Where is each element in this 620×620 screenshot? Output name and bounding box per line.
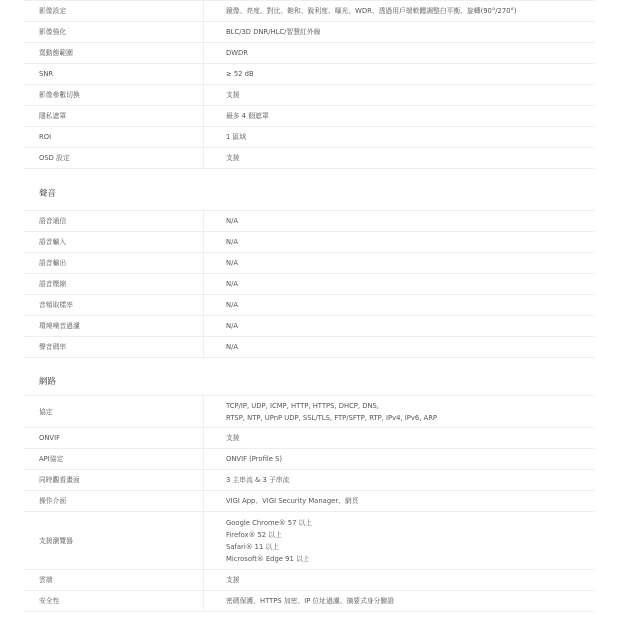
table-row: 影像設定 鏡像、亮度、對比、飽和、銳利度、曝光、WDR、透過用戶端軟體調整白平衡… (24, 1, 595, 22)
spec-table-audio: 語音通信 N/A 語音輸入 N/A 語音輸出 N/A 語音壓縮 N/A 音頻取樣… (24, 210, 595, 358)
spec-value: N/A (204, 316, 596, 337)
spec-value: 最多 4 個遮罩 (204, 106, 596, 127)
table-row: OSD 設定 支援 (24, 148, 595, 169)
spec-value: TCP/IP, UDP, ICMP, HTTP, HTTPS, DHCP, DN… (204, 396, 596, 428)
table-row: API協定 ONVIF (Profile S) (24, 449, 595, 470)
spec-label: 聲音碼率 (24, 337, 204, 358)
spec-value: N/A (204, 337, 596, 358)
spec-label: 協定 (24, 396, 204, 428)
spec-label: OSD 設定 (24, 148, 204, 169)
table-row: 協定 TCP/IP, UDP, ICMP, HTTP, HTTPS, DHCP,… (24, 396, 595, 428)
table-row: 語音輸出 N/A (24, 253, 595, 274)
spec-value: N/A (204, 253, 596, 274)
table-row: 雲端 支援 (24, 570, 595, 591)
table-row: 支援瀏覽器 Google Chrome® 57 以上 Firefox® 52 以… (24, 512, 595, 570)
table-row: 語音通信 N/A (24, 211, 595, 232)
spec-label: SNR (24, 64, 204, 85)
spec-value: N/A (204, 211, 596, 232)
spec-label: API協定 (24, 449, 204, 470)
spec-value-line: Google Chrome® 57 以上 (226, 517, 595, 529)
table-row: 環境噪音過濾 N/A (24, 316, 595, 337)
spec-value: DWDR (204, 43, 596, 64)
spec-value: N/A (204, 232, 596, 253)
spec-label: 影像強化 (24, 22, 204, 43)
table-row: 影像參數切換 支援 (24, 85, 595, 106)
table-row: 隱私遮罩 最多 4 個遮罩 (24, 106, 595, 127)
spec-value-line: TCP/IP, UDP, ICMP, HTTP, HTTPS, DHCP, DN… (226, 400, 595, 412)
spec-label: 操作介面 (24, 491, 204, 512)
spec-value: 3 主串流 & 3 子串流 (204, 470, 596, 491)
spec-value-line: Firefox® 52 以上 (226, 529, 595, 541)
spec-label: ROI (24, 127, 204, 148)
table-row: 語音壓縮 N/A (24, 274, 595, 295)
spec-label: 影像參數切換 (24, 85, 204, 106)
table-row: ROI 1 區域 (24, 127, 595, 148)
spec-value-line: RTSP, NTP, UPnP UDP, SSL/TLS, FTP/SFTP, … (226, 412, 595, 424)
spec-table-network: 協定 TCP/IP, UDP, ICMP, HTTP, HTTPS, DHCP,… (24, 395, 595, 612)
spec-label: 語音壓縮 (24, 274, 204, 295)
table-row: 語音輸入 N/A (24, 232, 595, 253)
spec-label: 支援瀏覽器 (24, 512, 204, 570)
spec-value: 1 區域 (204, 127, 596, 148)
table-row: SNR ≥ 52 dB (24, 64, 595, 85)
spec-value: 密碼保護、HTTPS 加密、IP 位址過濾、摘要式身分驗證 (204, 591, 596, 612)
spec-value: 鏡像、亮度、對比、飽和、銳利度、曝光、WDR、透過用戶端軟體調整白平衡、旋轉(9… (204, 1, 596, 22)
spec-value: Google Chrome® 57 以上 Firefox® 52 以上 Safa… (204, 512, 596, 570)
spec-value-line: Safari® 11 以上 (226, 541, 595, 553)
table-row: 寬動態範圍 DWDR (24, 43, 595, 64)
spec-value: ≥ 52 dB (204, 64, 596, 85)
spec-value: 支援 (204, 148, 596, 169)
spec-value: 支援 (204, 85, 596, 106)
spec-value: 支援 (204, 428, 596, 449)
table-row: 影像強化 BLC/3D DNR/HLC/智慧紅外線 (24, 22, 595, 43)
spec-label: 安全性 (24, 591, 204, 612)
table-row: 音頻取樣率 N/A (24, 295, 595, 316)
table-row: 聲音碼率 N/A (24, 337, 595, 358)
spec-label: 寬動態範圍 (24, 43, 204, 64)
spec-table-image: 影像設定 鏡像、亮度、對比、飽和、銳利度、曝光、WDR、透過用戶端軟體調整白平衡… (24, 0, 595, 169)
spec-label: 隱私遮罩 (24, 106, 204, 127)
spec-label: 環境噪音過濾 (24, 316, 204, 337)
spec-label: 雲端 (24, 570, 204, 591)
spec-label: 同時觀看畫面 (24, 470, 204, 491)
spec-label: ONVIF (24, 428, 204, 449)
spec-label: 影像設定 (24, 1, 204, 22)
spec-value: N/A (204, 295, 596, 316)
spec-value-line: Microsoft® Edge 91 以上 (226, 553, 595, 565)
section-title-network: 網路 (24, 374, 595, 390)
spec-value: BLC/3D DNR/HLC/智慧紅外線 (204, 22, 596, 43)
spec-label: 音頻取樣率 (24, 295, 204, 316)
table-row: 操作介面 VIGI App、VIGI Security Manager、網頁 (24, 491, 595, 512)
table-row: ONVIF 支援 (24, 428, 595, 449)
spec-label: 語音輸出 (24, 253, 204, 274)
table-row: 同時觀看畫面 3 主串流 & 3 子串流 (24, 470, 595, 491)
spec-label: 語音通信 (24, 211, 204, 232)
section-title-audio: 聲音 (24, 186, 595, 202)
spec-value: VIGI App、VIGI Security Manager、網頁 (204, 491, 596, 512)
spec-value: 支援 (204, 570, 596, 591)
spec-page: 影像設定 鏡像、亮度、對比、飽和、銳利度、曝光、WDR、透過用戶端軟體調整白平衡… (24, 0, 595, 612)
spec-value: ONVIF (Profile S) (204, 449, 596, 470)
table-row: 安全性 密碼保護、HTTPS 加密、IP 位址過濾、摘要式身分驗證 (24, 591, 595, 612)
spec-label: 語音輸入 (24, 232, 204, 253)
spec-value: N/A (204, 274, 596, 295)
